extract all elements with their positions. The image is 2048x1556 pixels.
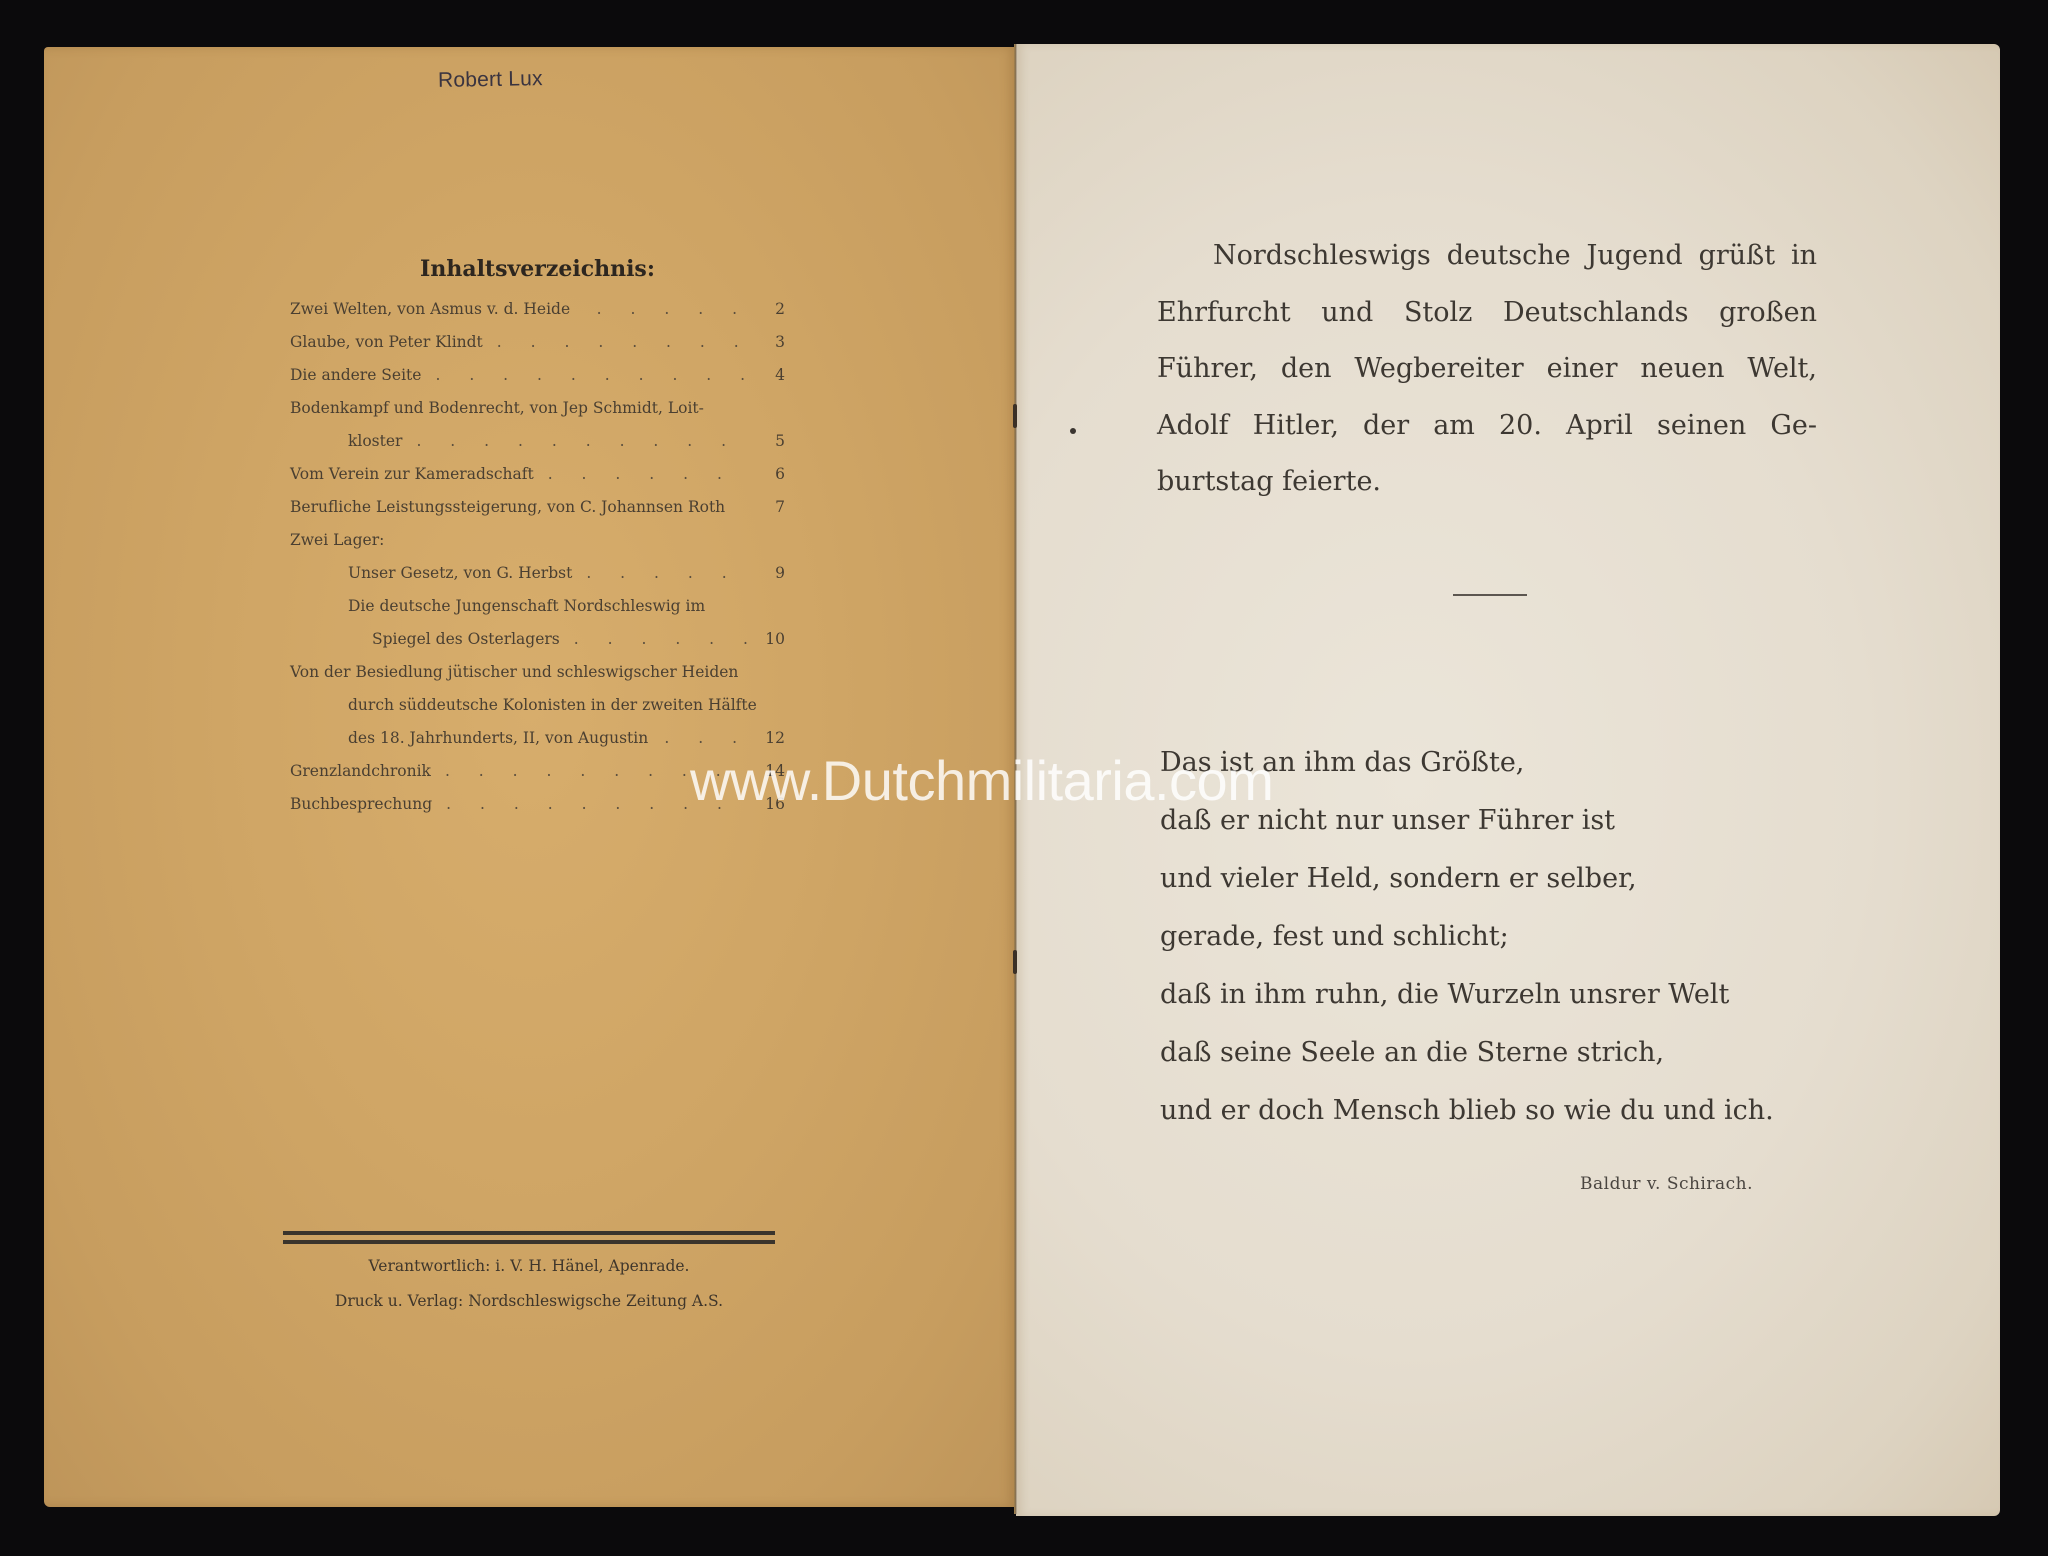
word: Hitler,	[1253, 398, 1339, 455]
toc-leader-dots: . . . . . . . . .	[483, 326, 749, 359]
toc-leader-dots: . . . . . .	[560, 623, 749, 656]
word: Führer,	[1157, 341, 1258, 398]
dedication-line: Nordschleswigs deutsche Jugend grüßt in	[1157, 228, 1817, 285]
toc-page-number: 6	[749, 458, 785, 491]
toc-entry: Zwei Lager:	[290, 524, 785, 557]
owner-stamp: Robert Lux	[438, 67, 543, 93]
toc-entry-title: des 18. Jahrhunderts, II, von Augustin	[348, 722, 648, 755]
toc-entry: Vom Verein zur Kameradschaft . . . . . .…	[290, 458, 785, 491]
watermark: www.Dutchmilitaria.com	[690, 748, 1273, 813]
word: 20.	[1499, 398, 1542, 455]
toc-leader-dots: . . . . . . . . . . .	[421, 359, 749, 392]
toc-entry-title: Berufliche Leistungssteigerung, von C. J…	[290, 491, 725, 524]
toc-page-number: 2	[749, 293, 785, 326]
word: Stolz	[1404, 285, 1472, 342]
imprint-publisher: Druck u. Verlag: Nordschleswigsche Zeitu…	[283, 1292, 775, 1310]
word: Jugend	[1587, 228, 1683, 285]
toc-entry: Spiegel des Osterlagers . . . . . . 10	[290, 623, 785, 656]
toc-entry-title: durch süddeutsche Kolonisten in der zwei…	[348, 689, 757, 722]
toc-entry: Die andere Seite . . . . . . . . . . . 4	[290, 359, 785, 392]
toc-entry-title: Zwei Welten, von Asmus v. d. Heide	[290, 293, 570, 326]
dedication-line: Führer, den Wegbereiter einer neuen Welt…	[1157, 341, 1817, 398]
toc-leader-dots: . . . . . . . .	[534, 458, 749, 491]
toc-page-number: 5	[749, 425, 785, 458]
word: neuen	[1640, 341, 1724, 398]
toc-leader-dots: . . . . .	[570, 293, 749, 326]
poem-line: und er doch Mensch blieb so wie du und i…	[1160, 1082, 1774, 1140]
toc-entry-title: Unser Gesetz, von G. Herbst	[348, 557, 572, 590]
word: Nordschleswigs	[1213, 228, 1431, 285]
toc-page-number: 7	[749, 491, 785, 524]
toc-page-number: 3	[749, 326, 785, 359]
imprint-responsible: Verantwortlich: i. V. H. Hänel, Apenrade…	[283, 1257, 775, 1275]
toc-entry-title: Vom Verein zur Kameradschaft	[290, 458, 534, 491]
toc-entry-title: Bodenkampf und Bodenrecht, von Jep Schmi…	[290, 392, 704, 425]
toc-entry: durch süddeutsche Kolonisten in der zwei…	[290, 689, 785, 722]
word: den	[1281, 341, 1332, 398]
word: grüßt	[1699, 228, 1775, 285]
toc-leader-dots: . . . . . .	[572, 557, 749, 590]
word: und	[1321, 285, 1373, 342]
word: einer	[1547, 341, 1618, 398]
toc-entry-title: Grenzlandchronik	[290, 755, 431, 788]
toc-page-number: 10	[749, 623, 785, 656]
word: burtstag feierte.	[1157, 454, 1381, 511]
double-rule-bottom	[283, 1240, 775, 1244]
toc-entry-title: Die andere Seite	[290, 359, 421, 392]
toc-page-number: 4	[749, 359, 785, 392]
toc-entry: Bodenkampf und Bodenrecht, von Jep Schmi…	[290, 392, 785, 425]
dedication-text: Nordschleswigs deutsche Jugend grüßt in …	[1157, 228, 1817, 511]
poem-line: gerade, fest und schlicht;	[1160, 908, 1774, 966]
word: der	[1363, 398, 1409, 455]
double-rule-top	[283, 1231, 775, 1235]
section-divider	[1453, 594, 1527, 596]
toc-title: Inhaltsverzeichnis:	[290, 256, 785, 282]
toc-entry: Glaube, von Peter Klindt . . . . . . . .…	[290, 326, 785, 359]
toc-entry-title: Glaube, von Peter Klindt	[290, 326, 483, 359]
word: Ge-	[1770, 398, 1817, 455]
toc-entry-title: Buchbesprechung	[290, 788, 432, 821]
poem-line: daß in ihm ruhn, die Wurzeln unsrer Welt	[1160, 966, 1774, 1024]
word: seinen	[1657, 398, 1746, 455]
dedication-line: Ehrfurcht und Stolz Deutschlands großen	[1157, 285, 1817, 342]
table-of-contents: Zwei Welten, von Asmus v. d. Heide . . .…	[290, 293, 785, 821]
toc-entry-title: Zwei Lager:	[290, 524, 384, 557]
toc-entry: Berufliche Leistungssteigerung, von C. J…	[290, 491, 785, 524]
poem-line: daß seine Seele an die Sterne strich,	[1160, 1024, 1774, 1082]
toc-entry-title: kloster	[348, 425, 402, 458]
toc-entry-title: Spiegel des Osterlagers	[372, 623, 560, 656]
toc-entry-title: Von der Besiedlung jütischer und schlesw…	[290, 656, 738, 689]
staple-bottom	[1013, 950, 1017, 974]
word: deutsche	[1447, 228, 1571, 285]
toc-entry: Unser Gesetz, von G. Herbst . . . . . . …	[290, 557, 785, 590]
ink-dot	[1070, 428, 1076, 434]
dedication-line: burtstag feierte.	[1157, 454, 1817, 511]
toc-entry-title: Die deutsche Jungenschaft Nordschleswig …	[348, 590, 705, 623]
word: Welt,	[1747, 341, 1817, 398]
word: April	[1566, 398, 1633, 455]
poem-line: und vieler Held, sondern er selber,	[1160, 850, 1774, 908]
word: Deutschlands	[1503, 285, 1689, 342]
word: Ehrfurcht	[1157, 285, 1291, 342]
word: großen	[1719, 285, 1817, 342]
toc-entry: Die deutsche Jungenschaft Nordschleswig …	[290, 590, 785, 623]
dedication-line: Adolf Hitler, der am 20. April seinen Ge…	[1157, 398, 1817, 455]
poem-author-signature: Baldur v. Schirach.	[1580, 1174, 1753, 1194]
toc-entry: Von der Besiedlung jütischer und schlesw…	[290, 656, 785, 689]
toc-leader-dots: . . . . . . . . . . .	[402, 425, 749, 458]
word: Wegbereiter	[1354, 341, 1523, 398]
toc-page-number: 9	[749, 557, 785, 590]
word: Adolf	[1157, 398, 1229, 455]
toc-entry: Zwei Welten, von Asmus v. d. Heide . . .…	[290, 293, 785, 326]
toc-entry: kloster . . . . . . . . . . . 5	[290, 425, 785, 458]
word: am	[1433, 398, 1475, 455]
word: in	[1791, 228, 1817, 285]
staple-top	[1013, 404, 1017, 428]
